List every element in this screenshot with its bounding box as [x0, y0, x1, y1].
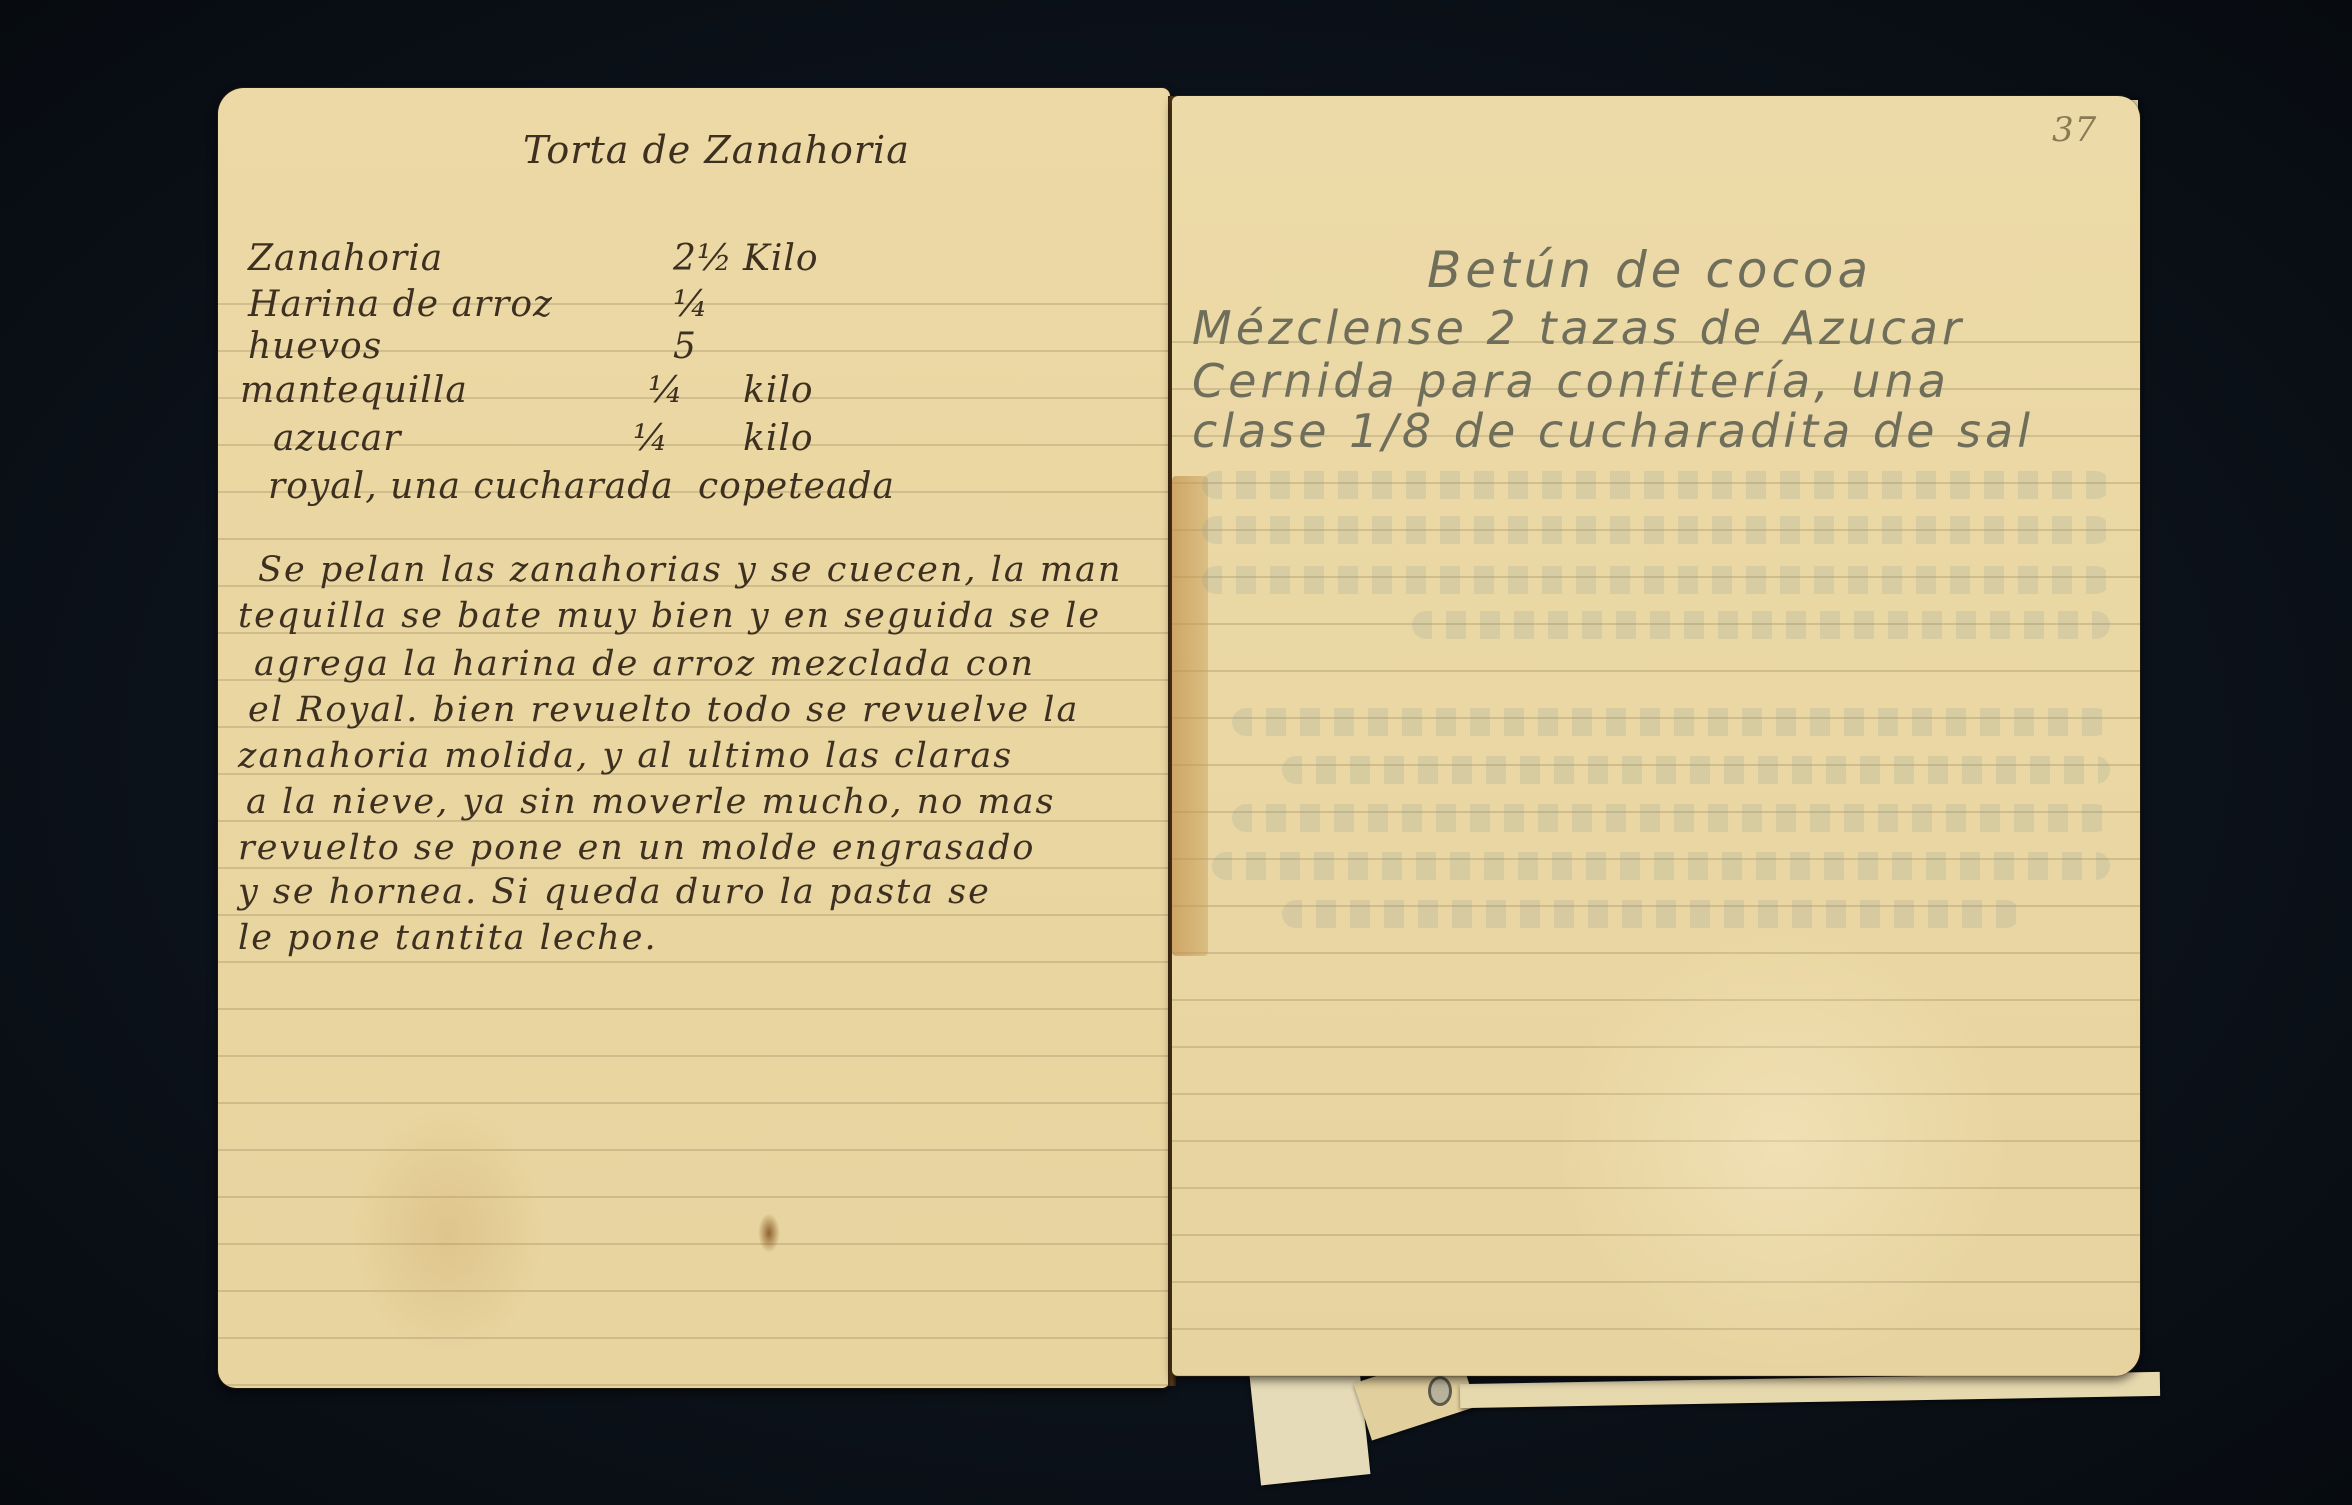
- ingredient-name: huevos: [248, 326, 382, 367]
- bleed-through-text: [1202, 471, 2110, 499]
- ingredient-unit: kilo: [743, 418, 814, 459]
- ingredient-name: mantequilla: [240, 370, 468, 411]
- bleed-through-text: [1232, 708, 2110, 736]
- ingredient-unit: copeteada: [698, 466, 895, 507]
- bleed-through-text: [1282, 900, 2020, 928]
- right-page: 37 Betún de cocoa Mézclense 2 tazas de A…: [1172, 96, 2140, 1376]
- ingredient-qty: ¼: [633, 418, 669, 459]
- bleed-through-text: [1282, 756, 2110, 784]
- ingredient-qty: 2½: [673, 238, 733, 279]
- bleed-through-text: [1412, 611, 2110, 639]
- ingredient-unit: Kilo: [743, 238, 819, 279]
- page-edges-bottom: [1460, 1372, 2160, 1408]
- metal-grommet: [1428, 1376, 1452, 1406]
- ingredient-qty: 5: [673, 326, 697, 367]
- left-page: Torta de Zanahoria Zanahoria 2½ Kilo Har…: [218, 88, 1170, 1388]
- instruction-line: a la nieve, ya sin moverle mucho, no mas: [246, 782, 1055, 822]
- recipe-line: Mézclense 2 tazas de Azucar: [1192, 301, 1965, 355]
- ruled-lines: [1172, 296, 2140, 1376]
- instruction-line: zanahoria molida, y al ultimo las claras: [238, 736, 1013, 776]
- notebook-spread: Torta de Zanahoria Zanahoria 2½ Kilo Har…: [0, 0, 2352, 1505]
- ingredient-unit: kilo: [743, 370, 814, 411]
- recipe-title: Betún de cocoa: [1427, 241, 1872, 299]
- ingredient-qty: ¼: [673, 284, 709, 325]
- page-number: 37: [2052, 110, 2097, 150]
- ingredient-name: azucar: [273, 418, 401, 459]
- bleed-through-text: [1202, 566, 2110, 594]
- ingredient-name: Zanahoria: [248, 238, 443, 279]
- instruction-line: tequilla se bate muy bien y en seguida s…: [238, 596, 1101, 636]
- recipe-title: Torta de Zanahoria: [523, 128, 910, 172]
- bleed-through-text: [1212, 852, 2110, 880]
- ingredient-name: Harina de arroz: [248, 284, 553, 325]
- ingredient-name: royal, una cucharada: [268, 466, 674, 507]
- instruction-line: Se pelan las zanahorias y se cuecen, la …: [258, 550, 1122, 590]
- instruction-line: revuelto se pone en un molde engrasado: [238, 828, 1035, 868]
- instruction-line: agrega la harina de arroz mezclada con: [254, 644, 1035, 684]
- bleed-through-text: [1202, 516, 2110, 544]
- instruction-line: el Royal. bien revuelto todo se revuelve…: [248, 690, 1079, 730]
- instruction-line: y se hornea. Si queda duro la pasta se: [238, 872, 991, 912]
- recipe-line: clase 1/8 de cucharadita de sal: [1192, 404, 2034, 458]
- recipe-line: Cernida para confitería, una: [1192, 354, 1950, 408]
- instruction-line: le pone tantita leche.: [238, 918, 658, 958]
- ingredient-qty: ¼: [648, 370, 684, 411]
- bleed-through-text: [1232, 804, 2110, 832]
